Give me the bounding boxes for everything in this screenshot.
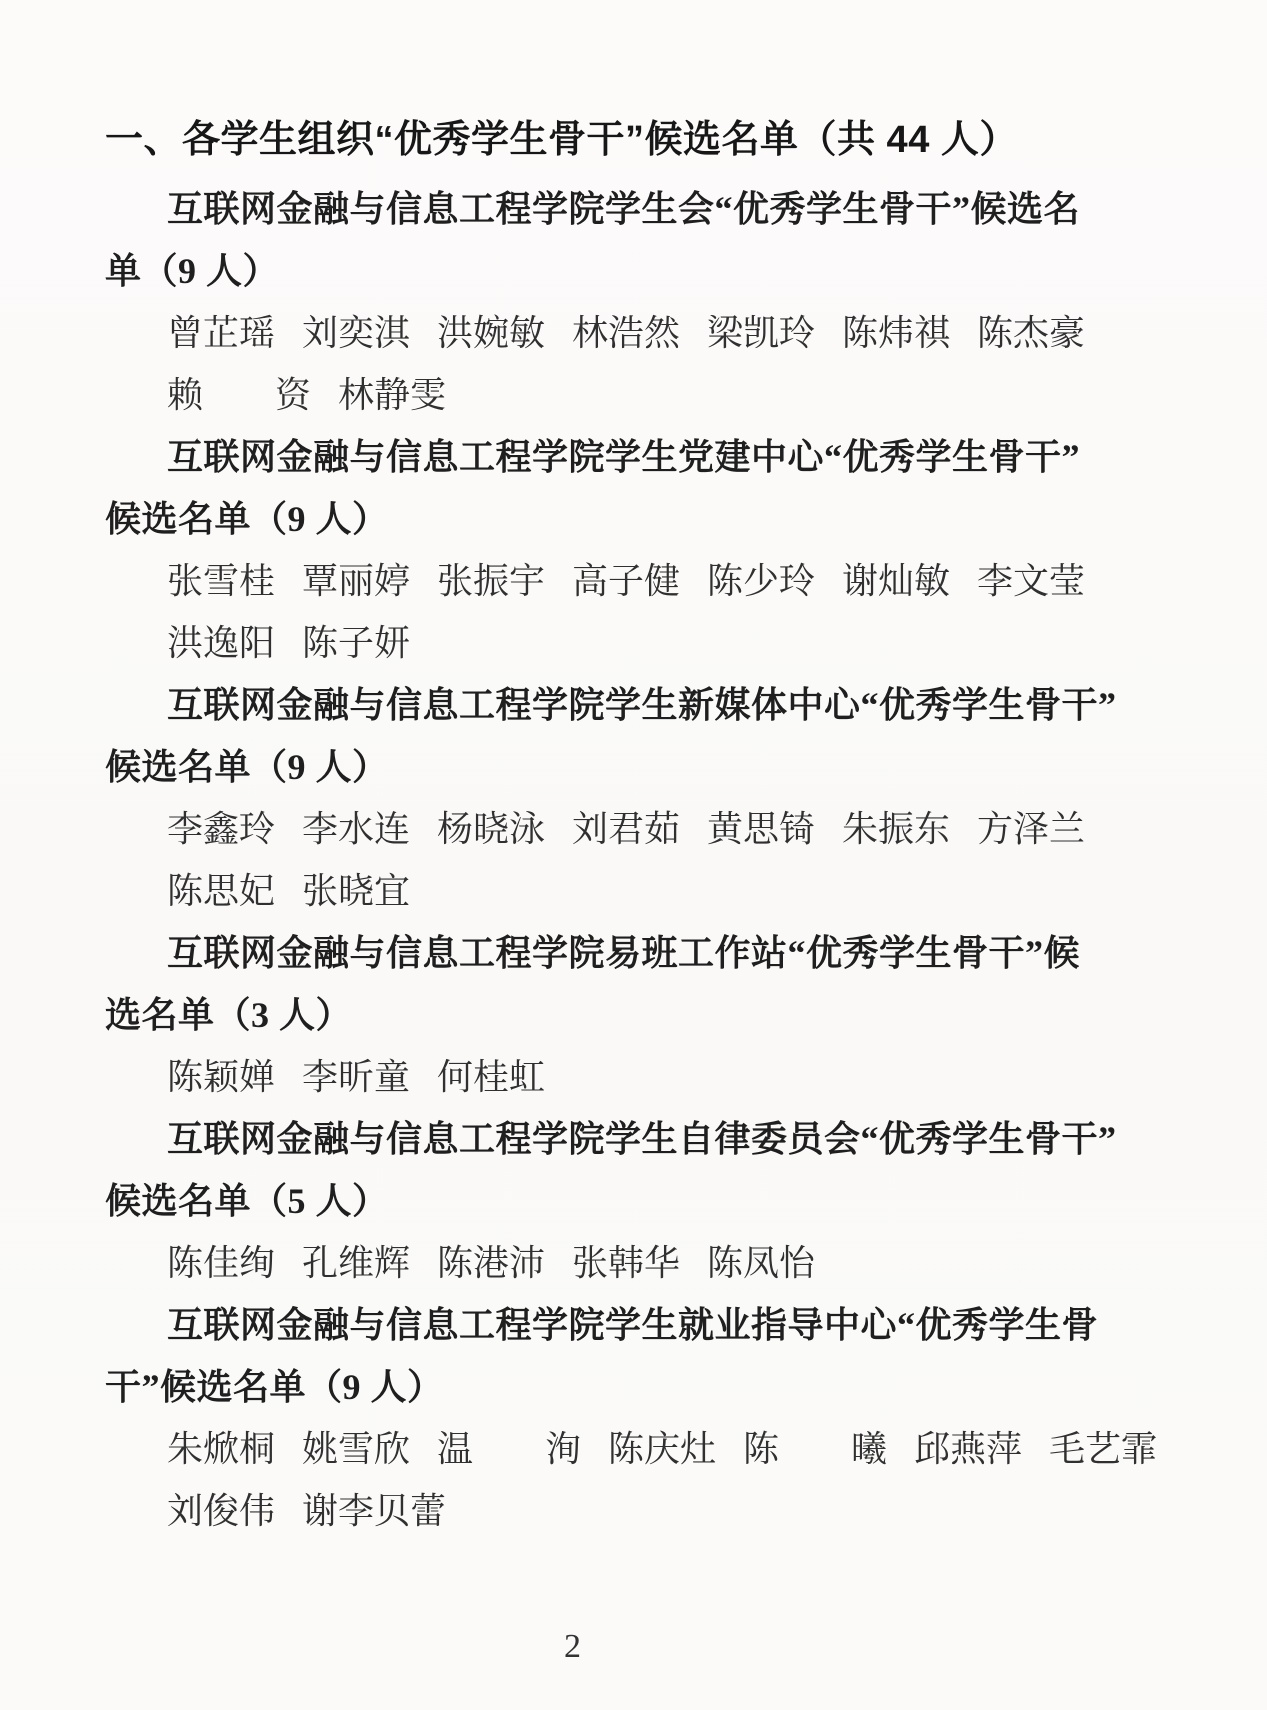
name-list-line: 洪逸阳 陈子妍 — [105, 612, 1267, 674]
document-title: 一、各学生组织“优秀学生骨干”候选名单（共 44 人） — [105, 108, 1267, 172]
name-list-line: 朱焮桐 姚雪欣 温 洵 陈庆灶 陈 曦 邱燕萍 毛艺霏 — [105, 1418, 1267, 1480]
name-list-line: 陈佳绚 孔维辉 陈港沛 张韩华 陈凤怡 — [105, 1232, 1267, 1294]
name-list-line: 张雪桂 覃丽婷 张振宇 高子健 陈少玲 谢灿敏 李文莹 — [105, 550, 1267, 612]
section-heading-line: 候选名单（9 人） — [105, 488, 1267, 550]
name-list-line: 陈思妃 张晓宜 — [105, 860, 1267, 922]
section-heading-line: 单（9 人） — [105, 240, 1267, 302]
section-party-building-center: 互联网金融与信息工程学院学生党建中心“优秀学生骨干” 候选名单（9 人） 张雪桂… — [105, 426, 1267, 674]
section-employment-guidance-center: 互联网金融与信息工程学院学生就业指导中心“优秀学生骨 干”候选名单（9 人） 朱… — [105, 1294, 1267, 1542]
section-heading-line: 互联网金融与信息工程学院易班工作站“优秀学生骨干”候 — [105, 922, 1267, 984]
name-list-line: 赖 资 林静雯 — [105, 364, 1267, 426]
document-page: 一、各学生组织“优秀学生骨干”候选名单（共 44 人） 互联网金融与信息工程学院… — [0, 0, 1267, 1710]
section-heading-line: 互联网金融与信息工程学院学生党建中心“优秀学生骨干” — [105, 426, 1267, 488]
section-heading-line: 候选名单（9 人） — [105, 736, 1267, 798]
section-heading-line: 干”候选名单（9 人） — [105, 1356, 1267, 1418]
section-self-discipline-committee: 互联网金融与信息工程学院学生自律委员会“优秀学生骨干” 候选名单（5 人） 陈佳… — [105, 1108, 1267, 1294]
name-list-line: 李鑫玲 李水连 杨晓泳 刘君茹 黄思锜 朱振东 方泽兰 — [105, 798, 1267, 860]
name-list-line: 陈颖婵 李昕童 何桂虹 — [105, 1046, 1267, 1108]
section-student-union: 互联网金融与信息工程学院学生会“优秀学生骨干”候选名 单（9 人） 曾芷瑶 刘奕… — [105, 178, 1267, 426]
page-number: 2 — [105, 1628, 1040, 1666]
section-heading-line: 候选名单（5 人） — [105, 1170, 1267, 1232]
section-yiban-workstation: 互联网金融与信息工程学院易班工作站“优秀学生骨干”候 选名单（3 人） 陈颖婵 … — [105, 922, 1267, 1108]
section-heading-line: 互联网金融与信息工程学院学生就业指导中心“优秀学生骨 — [105, 1294, 1267, 1356]
section-heading-line: 选名单（3 人） — [105, 984, 1267, 1046]
section-new-media-center: 互联网金融与信息工程学院学生新媒体中心“优秀学生骨干” 候选名单（9 人） 李鑫… — [105, 674, 1267, 922]
name-list-line: 刘俊伟 谢李贝蕾 — [105, 1480, 1267, 1542]
section-heading-line: 互联网金融与信息工程学院学生新媒体中心“优秀学生骨干” — [105, 674, 1267, 736]
section-heading-line: 互联网金融与信息工程学院学生会“优秀学生骨干”候选名 — [105, 178, 1267, 240]
section-heading-line: 互联网金融与信息工程学院学生自律委员会“优秀学生骨干” — [105, 1108, 1267, 1170]
name-list-line: 曾芷瑶 刘奕淇 洪婉敏 林浩然 梁凯玲 陈炜祺 陈杰豪 — [105, 302, 1267, 364]
